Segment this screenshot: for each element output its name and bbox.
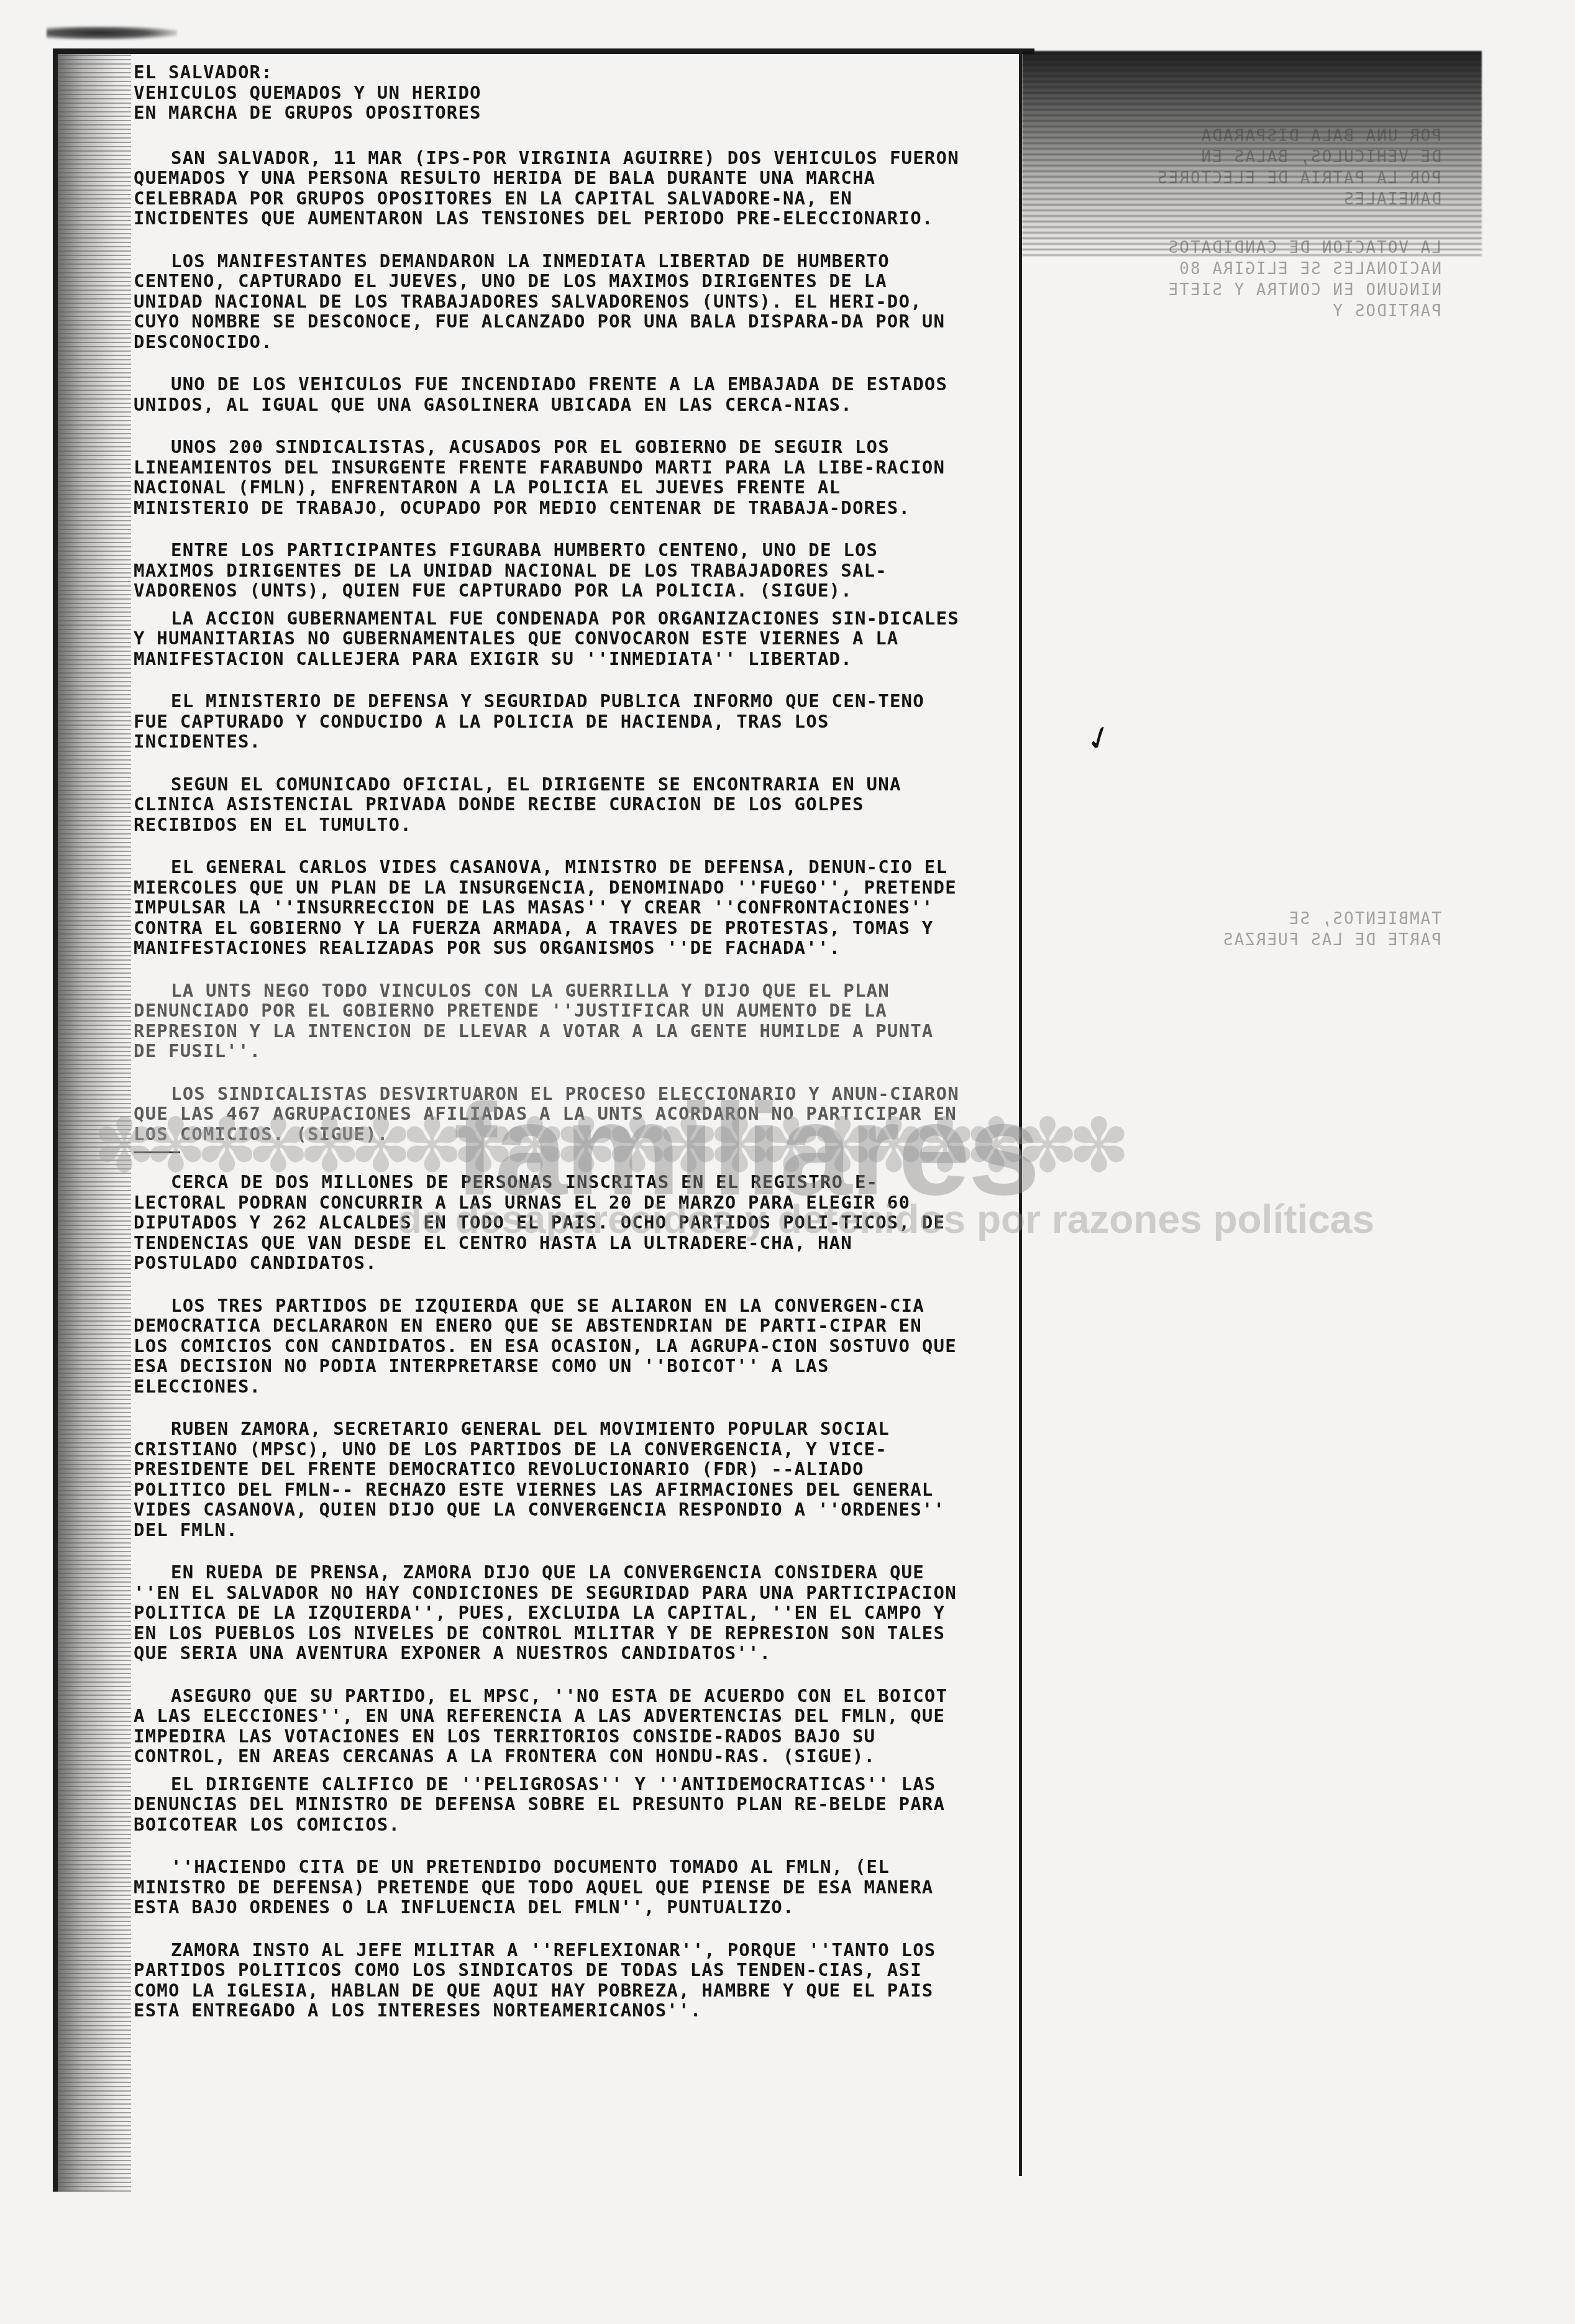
paragraph: UNO DE LOS VEHICULOS FUE INCENDIADO FREN… bbox=[134, 374, 960, 414]
paragraph: EL DIRIGENTE CALIFICO DE ''PELIGROSAS'' … bbox=[134, 1774, 960, 1835]
handwritten-check-icon: ✓ bbox=[1080, 713, 1116, 762]
column-divider-line bbox=[1019, 51, 1022, 2176]
paragraph: ASEGURO QUE SU PARTIDO, EL MPSC, ''NO ES… bbox=[134, 1686, 960, 1767]
paragraph: LA UNTS NEGO TODO VINCULOS CON LA GUERRI… bbox=[134, 981, 960, 1061]
paragraph: ''HACIENDO CITA DE UN PRETENDIDO DOCUMEN… bbox=[134, 1857, 960, 1918]
paragraph: SEGUN EL COMUNICADO OFICIAL, EL DIRIGENT… bbox=[134, 774, 960, 835]
scan-smudge bbox=[47, 26, 177, 40]
article: EL SALVADOR: VEHICULOS QUEMADOS Y UN HER… bbox=[134, 62, 960, 2043]
paragraph: RUBEN ZAMORA, SECRETARIO GENERAL DEL MOV… bbox=[134, 1419, 960, 1540]
paragraph: EL MINISTERIO DE DEFENSA Y SEGURIDAD PUB… bbox=[134, 691, 960, 752]
paragraph: EL GENERAL CARLOS VIDES CASANOVA, MINIST… bbox=[134, 857, 960, 958]
paragraph: ENTRE LOS PARTICIPANTES FIGURABA HUMBERT… bbox=[134, 540, 960, 601]
section-separator bbox=[134, 1151, 180, 1153]
paragraph-lead: SAN SALVADOR, 11 MAR (IPS-POR VIRGINIA A… bbox=[134, 148, 960, 229]
paragraph: LOS MANIFESTANTES DEMANDARON LA INMEDIAT… bbox=[134, 251, 960, 352]
paragraph: LOS TRES PARTIDOS DE IZQUIERDA QUE SE AL… bbox=[134, 1296, 960, 1397]
paragraph: EN RUEDA DE PRENSA, ZAMORA DIJO QUE LA C… bbox=[134, 1562, 960, 1663]
paragraph: LOS SINDICALISTAS DESVIRTUARON EL PROCES… bbox=[134, 1084, 960, 1145]
paragraph: LA ACCION GUBERNAMENTAL FUE CONDENADA PO… bbox=[134, 608, 960, 669]
headline-line: EL SALVADOR: bbox=[134, 62, 960, 83]
paragraph: ZAMORA INSTO AL JEFE MILITAR A ''REFLEXI… bbox=[134, 1940, 960, 2021]
bleed-through-column: POR UNA BALA DISPARADA DE VEHICULOS, BAL… bbox=[1019, 51, 1479, 2176]
ghost-text-block: LA VOTACION DE CANDIDATOS NACIONALES SE … bbox=[1038, 237, 1441, 322]
paragraph: CERCA DE DOS MILLONES DE PERSONAS INSCRI… bbox=[134, 1172, 960, 1273]
headline-line: EN MARCHA DE GRUPOS OPOSITORES bbox=[134, 103, 960, 123]
ghost-text-block: TAMBIENTOS, SE PARTE DE LAS FUERZAS bbox=[1038, 908, 1441, 951]
paragraph: UNOS 200 SINDICALISTAS, ACUSADOS POR EL … bbox=[134, 437, 960, 518]
scan-edge-noise bbox=[57, 54, 131, 2192]
headline-line: VEHICULOS QUEMADOS Y UN HERIDO bbox=[134, 83, 960, 103]
ghost-text-block: POR UNA BALA DISPARADA DE VEHICULOS, BAL… bbox=[1038, 126, 1441, 210]
headline: EL SALVADOR: VEHICULOS QUEMADOS Y UN HER… bbox=[134, 62, 960, 123]
